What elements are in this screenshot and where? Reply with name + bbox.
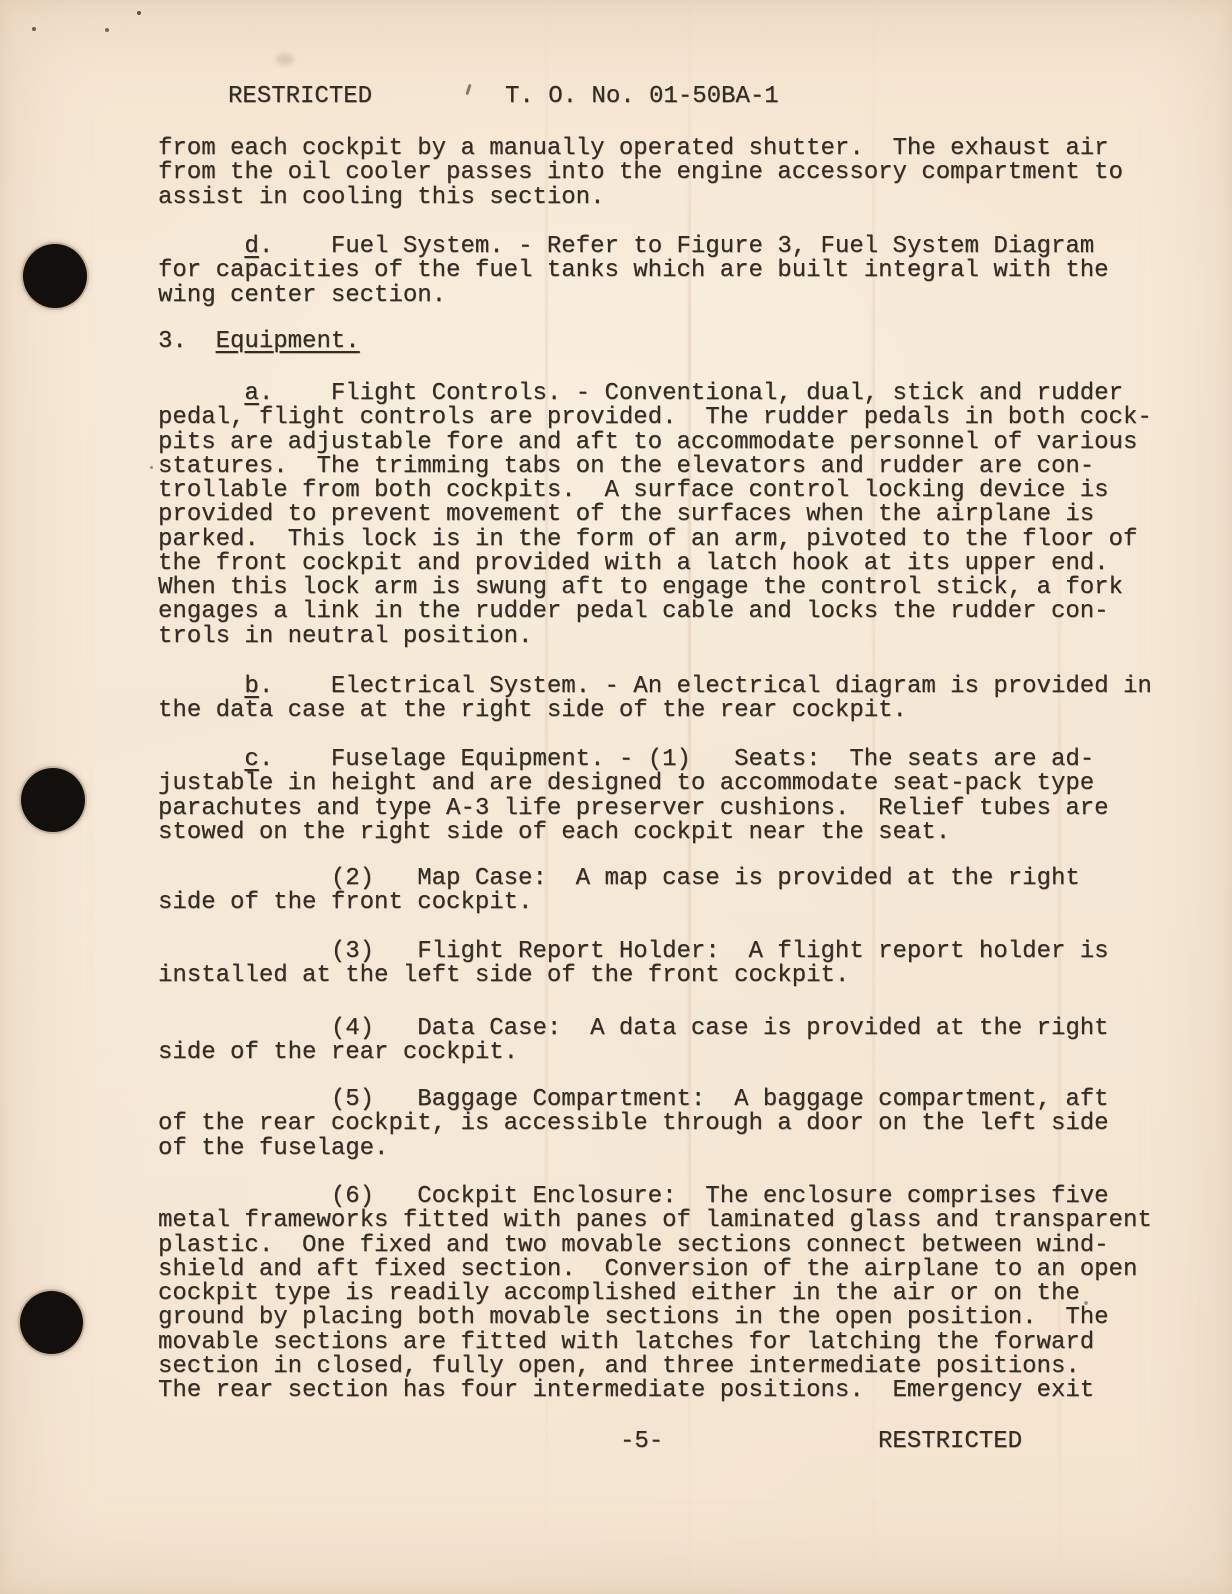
paragraph-heading-text: Flight Controls. - Conventional, dual, s… [273, 380, 1123, 407]
paragraph-letter: a [244, 380, 258, 407]
text-line: When this lock arm is swung aft to engag… [158, 576, 1152, 600]
footer-page-number: -5- [620, 1430, 663, 1454]
text-line: stowed on the right side of each cockpit… [158, 821, 1109, 845]
text-line: installed at the left side of the front … [158, 964, 1109, 988]
text-line: metal frameworks fitted with panes of la… [158, 1209, 1152, 1233]
text-line: wing center section. [158, 284, 1109, 308]
text-line: b. Electrical System. - An electrical di… [158, 675, 1152, 699]
text-line: side of the rear cockpit. [158, 1041, 1109, 1065]
text-line: of the fuselage. [158, 1137, 1109, 1161]
subparagraph-5-baggage-compartment: (5) Baggage Compartment: A baggage compa… [158, 1088, 1109, 1161]
text-line: c. Fuselage Equipment. - (1) Seats: The … [158, 748, 1109, 772]
subparagraph-6-cockpit-enclosure: (6) Cockpit Enclosure: The enclosure com… [158, 1185, 1152, 1403]
text-line: statures. The trimming tabs on the eleva… [158, 455, 1152, 479]
text-line: of the rear cockpit, is accessible throu… [158, 1112, 1109, 1136]
paragraph-d-fuel-system: d. Fuel System. - Refer to Figure 3, Fue… [158, 235, 1109, 308]
paragraph-indent [158, 746, 244, 773]
paragraph-indent [158, 233, 244, 260]
paragraph-heading-text: Fuselage Equipment. - (1) Seats: The sea… [273, 746, 1094, 773]
section-3-equipment: 3. Equipment. [158, 330, 360, 354]
paper-smudge [276, 54, 294, 65]
paragraph-indent [158, 673, 244, 700]
paragraph-b-electrical-system: b. Electrical System. - An electrical di… [158, 675, 1152, 724]
paragraph-letter-period: . [259, 746, 273, 773]
text-line: movable sections are fitted with latches… [158, 1331, 1152, 1355]
text-line: assist in cooling this section. [158, 186, 1123, 210]
ink-speck [105, 28, 109, 32]
text-line: trols in neutral position. [158, 625, 1152, 649]
paragraph-letter: d [244, 233, 258, 260]
subparagraph-2-map-case: (2) Map Case: A map case is provided at … [158, 867, 1080, 916]
text-line: parachutes and type A-3 life preserver c… [158, 797, 1109, 821]
text-line: shield and aft fixed section. Conversion… [158, 1258, 1152, 1282]
ink-speck [137, 11, 141, 15]
text-line: ground by placing both movable sections … [158, 1306, 1152, 1330]
punch-hole [21, 768, 85, 832]
paragraph-letter: c [244, 746, 258, 773]
subparagraph-4-data-case: (4) Data Case: A data case is provided a… [158, 1017, 1109, 1066]
text-line: side of the front cockpit. [158, 891, 1080, 915]
section-title: Equipment. [216, 328, 360, 355]
paragraph-heading-text: Fuel System. - Refer to Figure 3, Fuel S… [273, 233, 1094, 260]
section-gap [187, 328, 216, 355]
text-line: from the oil cooler passes into the engi… [158, 161, 1123, 185]
text-line: The rear section has four intermediate p… [158, 1379, 1152, 1403]
punch-hole [23, 244, 87, 308]
text-line: section in closed, fully open, and three… [158, 1355, 1152, 1379]
text-line: pedal, flight controls are provided. The… [158, 406, 1152, 430]
subparagraph-3-flight-report-holder: (3) Flight Report Holder: A flight repor… [158, 940, 1109, 989]
text-line: trollable from both cockpits. A surface … [158, 479, 1152, 503]
paragraph-letter-period: . [259, 673, 273, 700]
text-line: engages a link in the rudder pedal cable… [158, 600, 1152, 624]
ink-speck [32, 27, 36, 31]
text-line: the front cockpit and provided with a la… [158, 552, 1152, 576]
text-line: cockpit type is readily accomplished eit… [158, 1282, 1152, 1306]
text-line: from each cockpit by a manually operated… [158, 137, 1123, 161]
ink-speck [150, 466, 153, 469]
text-line: a. Flight Controls. - Conventional, dual… [158, 382, 1152, 406]
text-line: (2) Map Case: A map case is provided at … [158, 867, 1080, 891]
text-line: (3) Flight Report Holder: A flight repor… [158, 940, 1109, 964]
text-line: pits are adjustable fore and aft to acco… [158, 431, 1152, 455]
footer-classification: RESTRICTED [878, 1430, 1022, 1454]
paragraph-c-fuselage-equipment: c. Fuselage Equipment. - (1) Seats: The … [158, 748, 1109, 845]
text-line: (6) Cockpit Enclosure: The enclosure com… [158, 1185, 1152, 1209]
paragraph-a-flight-controls: a. Flight Controls. - Conventional, dual… [158, 382, 1152, 649]
paragraph-intro: from each cockpit by a manually operated… [158, 137, 1123, 210]
paragraph-letter: b [244, 673, 258, 700]
text-line: justable in height and are designed to a… [158, 772, 1109, 796]
text-line: (4) Data Case: A data case is provided a… [158, 1017, 1109, 1041]
text-line: provided to prevent movement of the surf… [158, 503, 1152, 527]
paragraph-heading-text: Electrical System. - An electrical diagr… [273, 673, 1152, 700]
text-line: for capacities of the fuel tanks which a… [158, 259, 1109, 283]
text-line: (5) Baggage Compartment: A baggage compa… [158, 1088, 1109, 1112]
scanned-document-page: RESTRICTED T. O. No. 01-50BA-1 from each… [0, 0, 1232, 1594]
section-number: 3. [158, 328, 187, 355]
paragraph-letter-period: . [259, 233, 273, 260]
header-classification: RESTRICTED [228, 85, 372, 109]
header-to-number: T. O. No. 01-50BA-1 [505, 85, 779, 109]
text-line: parked. This lock is in the form of an a… [158, 528, 1152, 552]
paragraph-indent [158, 380, 244, 407]
text-line: d. Fuel System. - Refer to Figure 3, Fue… [158, 235, 1109, 259]
paragraph-letter-period: . [259, 380, 273, 407]
text-line: plastic. One fixed and two movable secti… [158, 1234, 1152, 1258]
text-line: the data case at the right side of the r… [158, 699, 1152, 723]
text-line: 3. Equipment. [158, 330, 360, 354]
punch-hole [20, 1291, 83, 1354]
stray-mark [465, 84, 471, 95]
